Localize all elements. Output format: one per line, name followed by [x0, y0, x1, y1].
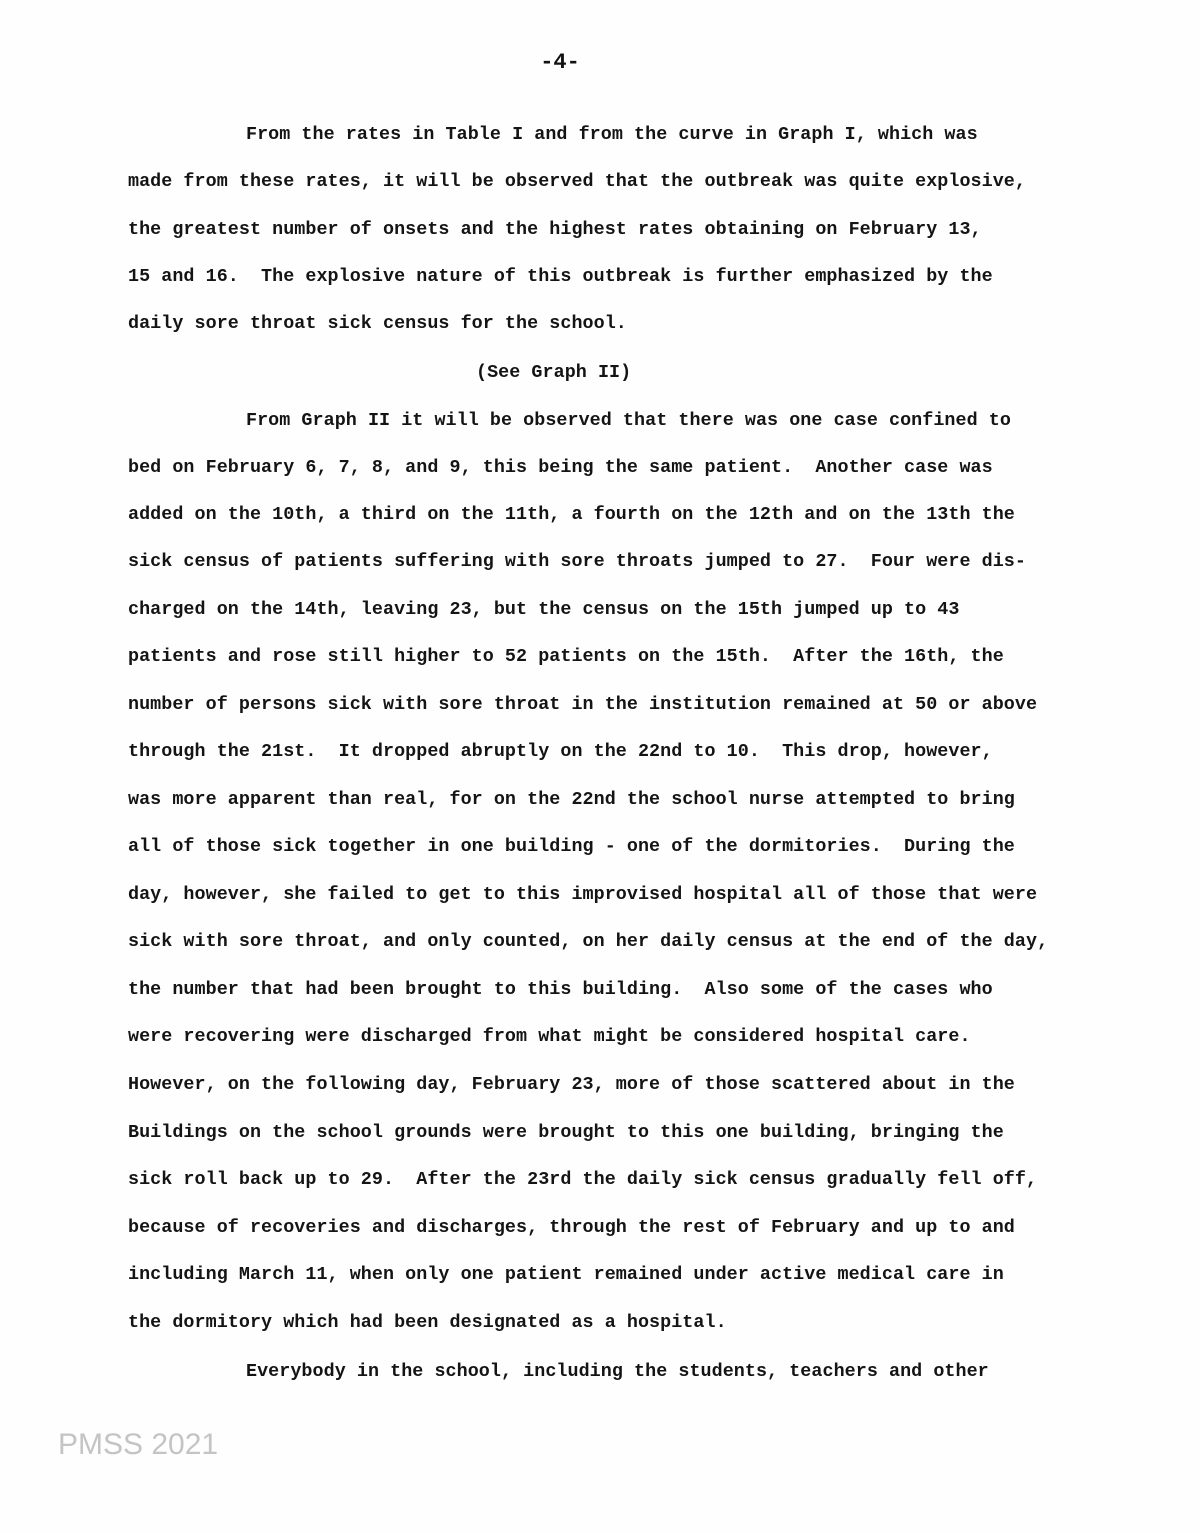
text-line: was more apparent than real, for on the … [128, 789, 1015, 810]
text-line: the number that had been brought to this… [128, 979, 993, 1000]
text-line: number of persons sick with sore throat … [128, 694, 1037, 715]
text-line: bed on February 6, 7, 8, and 9, this bei… [128, 457, 993, 478]
text-line: the dormitory which had been designated … [128, 1312, 727, 1333]
text-line: all of those sick together in one buildi… [128, 836, 1015, 857]
text-line: From Graph II it will be observed that t… [246, 410, 1011, 431]
text-line: because of recoveries and discharges, th… [128, 1217, 1015, 1238]
text-line: From the rates in Table I and from the c… [246, 124, 978, 145]
text-line: were recovering were discharged from wha… [128, 1026, 971, 1047]
document-page: -4- From the rates in Table I and from t… [0, 0, 1200, 1533]
text-line: sick roll back up to 29. After the 23rd … [128, 1169, 1037, 1190]
text-line: charged on the 14th, leaving 23, but the… [128, 599, 959, 620]
text-line: the greatest number of onsets and the hi… [128, 219, 982, 240]
text-line: 15 and 16. The explosive nature of this … [128, 266, 993, 287]
text-line: daily sore throat sick census for the sc… [128, 313, 627, 334]
text-line: Buildings on the school grounds were bro… [128, 1122, 1004, 1143]
text-line: added on the 10th, a third on the 11th, … [128, 504, 1015, 525]
text-line: sick census of patients suffering with s… [128, 551, 1026, 572]
text-line: through the 21st. It dropped abruptly on… [128, 741, 993, 762]
text-line: day, however, she failed to get to this … [128, 884, 1037, 905]
page-number: -4- [530, 50, 590, 75]
text-line: patients and rose still higher to 52 pat… [128, 646, 1004, 667]
text-line: made from these rates, it will be observ… [128, 171, 1026, 192]
text-line: sick with sore throat, and only counted,… [128, 931, 1048, 952]
graph-reference: (See Graph II) [476, 362, 631, 383]
text-line: However, on the following day, February … [128, 1074, 1015, 1095]
text-line: Everybody in the school, including the s… [246, 1361, 989, 1382]
archive-watermark: PMSS 2021 [58, 1428, 218, 1462]
text-line: including March 11, when only one patien… [128, 1264, 1004, 1285]
